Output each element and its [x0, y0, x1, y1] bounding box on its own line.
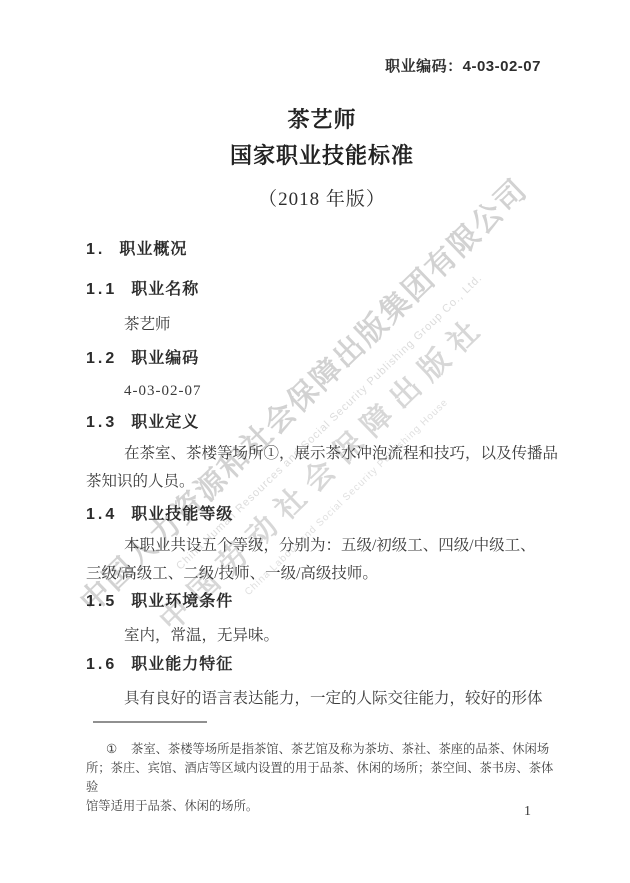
document-page: 中国人力资源和社会保障出版集团有限公司 China Human Resource… [0, 0, 630, 883]
section-number: 1.6 [86, 656, 117, 673]
skill-levels-paragraph: 本职业共设五个等级，分别为：五级/初级工、四级/中级工、 三级/高级工、二级/技… [86, 532, 558, 588]
paragraph-line: 三级/高级工、二级/技师、一级/高级技师。 [86, 560, 558, 588]
page-number: 1 [524, 804, 531, 820]
section-title: 职业编码 [131, 350, 199, 367]
section-heading-1: 1.职业概况 [86, 236, 558, 259]
section-title: 职业能力特征 [131, 656, 233, 673]
ability-paragraph: 具有良好的语言表达能力，一定的人际交往能力，较好的形体 [86, 685, 558, 713]
section-number: 1.4 [86, 506, 117, 523]
section-title: 职业概况 [119, 241, 187, 258]
occupation-code: 职业编码：4-03-02-07 [385, 55, 541, 76]
section-number: 1.3 [86, 414, 117, 431]
definition-paragraph: 在茶室、茶楼等场所①，展示茶水冲泡流程和技巧，以及传播品 茶知识的人员。 [86, 440, 558, 496]
paragraph-line: 本职业共设五个等级，分别为：五级/初级工、四级/中级工、 [86, 532, 558, 560]
edition-label: （2018 年版） [86, 184, 558, 211]
document-subtitle: 国家职业技能标准 [86, 139, 558, 170]
paragraph-line: 茶知识的人员。 [86, 468, 558, 496]
paragraph-line: 在茶室、茶楼等场所①，展示茶水冲泡流程和技巧，以及传播品 [86, 440, 558, 468]
footnote-line: ①茶室、茶楼等场所是指茶馆、茶艺馆及称为茶坊、茶社、茶座的品茶、休闲场 [86, 740, 558, 759]
section-heading-1-1: 1.1职业名称 [86, 276, 558, 299]
section-title: 职业名称 [131, 281, 199, 298]
footnote-line: 馆等适用于品茶、休闲的场所。 [86, 797, 558, 816]
footnote-divider [93, 721, 207, 723]
document-title: 茶艺师 [86, 103, 558, 134]
section-heading-1-6: 1.6职业能力特征 [86, 651, 558, 674]
section-title: 职业技能等级 [131, 506, 233, 523]
section-heading-1-5: 1.5职业环境条件 [86, 588, 558, 611]
section-heading-1-3: 1.3职业定义 [86, 409, 558, 432]
section-number: 1. [86, 241, 105, 258]
environment-paragraph: 室内，常温，无异味。 [86, 622, 558, 650]
section-title: 职业环境条件 [131, 593, 233, 610]
section-heading-1-4: 1.4职业技能等级 [86, 501, 558, 524]
section-title: 职业定义 [131, 414, 199, 431]
footnote-marker: ① [106, 742, 117, 756]
footnote: ①茶室、茶楼等场所是指茶馆、茶艺馆及称为茶坊、茶社、茶座的品茶、休闲场 所；茶庄… [86, 740, 558, 816]
section-number: 1.1 [86, 281, 117, 298]
occupation-name-value: 茶艺师 [86, 311, 558, 339]
section-number: 1.5 [86, 593, 117, 610]
footnote-line: 所；茶庄、宾馆、酒店等区域内设置的用于品茶、休闲的场所；茶空间、茶书房、茶体验 [86, 759, 558, 797]
occupation-code-value: 4-03-02-07 [86, 377, 558, 405]
section-number: 1.2 [86, 350, 117, 367]
section-heading-1-2: 1.2职业编码 [86, 345, 558, 368]
